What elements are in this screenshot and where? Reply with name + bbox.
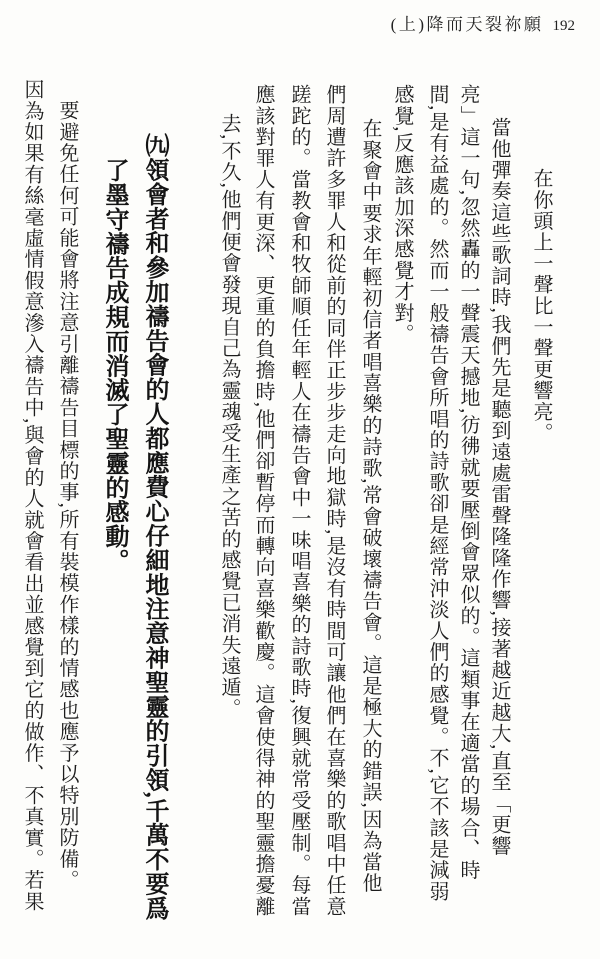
text-column: 在聚會中要求年輕初信者唱喜樂的詩歌,常會破壞禱告會。這是極大的錯誤,因為當他	[358, 118, 382, 956]
running-head: (上)降而天裂祢願 192	[391, 10, 575, 35]
text-column: 蹉跎的。當教會和牧師順任年輕人在禱告會中一味唱喜樂的詩歌時,復興就常受壓制。每當	[287, 84, 311, 952]
text-column: 亮」這一句,忽然轟的一聲震天撼地,彷彿就要壓倒會眾似的。這類事在適當的場合、時	[456, 84, 480, 952]
text-column: 間,是有益處的。然而一般禱告會所唱的詩歌卻是經常沖淡人們的感覺。不,它不該是減弱	[425, 84, 449, 952]
text-column: 應該對罪人有更深、更重的負擔時,他們卻暫停而轉向喜樂歡慶。這會使得神的聖靈擔憂離	[251, 84, 275, 952]
book-page: (上)降而天裂祢願 192 在你頭上一聲比一聲更響亮。 當他彈奏這些歌詞時,我們…	[0, 0, 600, 959]
text-column: 感覺,反應該加深感覺才對。	[390, 84, 414, 404]
text-column: 因為如果有絲毫虛情假意滲入禱告中,與會的人就會看出並感覺到它的做作、不真實。若果	[20, 79, 44, 947]
page-number: 192	[553, 18, 576, 35]
hymn-quote-column: 在你頭上一聲比一聲更響亮。	[529, 168, 553, 468]
emphasized-point-column: 了墨守禱告成規而消滅了聖靈的感動。	[98, 158, 129, 598]
emphasized-point-column: ㈨領會者和參加禱告會的人都應費心仔細地注意神聖靈的引領,千萬不要爲	[138, 133, 169, 953]
text-column: 去,不久,他們便會發現自己為靈魂受生產之苦的感覺已消失遠遁。	[217, 113, 241, 793]
text-column: 要避免任何可能會將注意引離禱告目標的事,所有裝模作樣的情感也應予以特別防備。	[55, 100, 79, 930]
running-head-title: (上)降而天裂祢願	[391, 10, 544, 35]
text-column: 當他彈奏這些歌詞時,我們先是聽到遠處雷聲隆隆作響,接著越近越大,直至「更響	[487, 117, 511, 957]
text-column: 們周遭許多罪人和從前的同伴正步步走向地獄時,是沒有時間可讓他們在喜樂的歌唱中任意	[322, 84, 346, 952]
